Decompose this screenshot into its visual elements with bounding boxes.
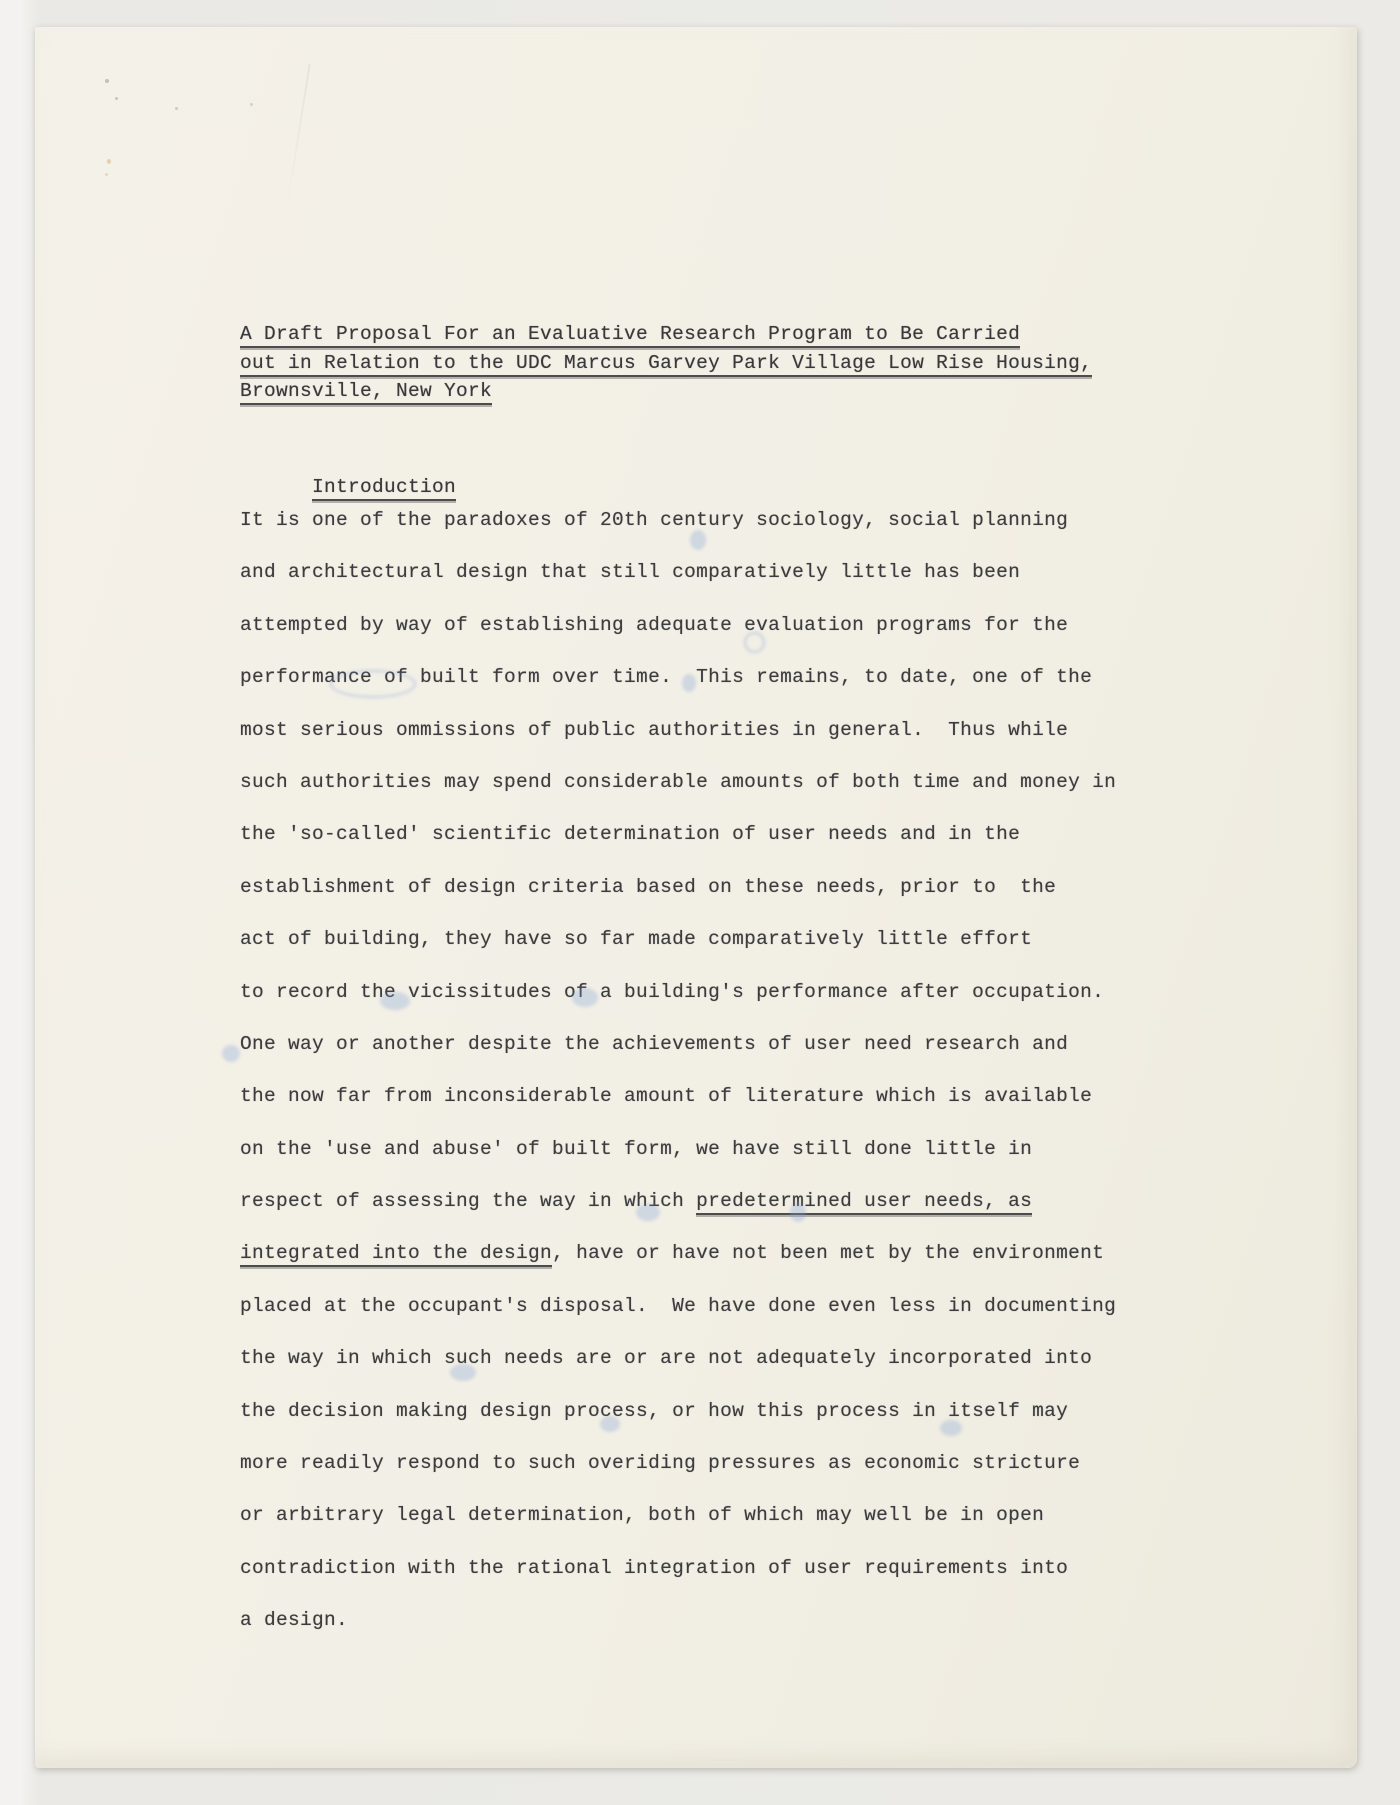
body-line: attempted by way of establishing adequat… [240,599,1240,651]
title-line: out in Relation to the UDC Marcus Garvey… [240,349,1092,378]
body-line: and architectural design that still comp… [240,546,1240,598]
body-line: a design. [240,1594,1240,1646]
paper-sheet: A Draft Proposal For an Evaluative Resea… [35,27,1357,1768]
paper-speck [105,173,108,176]
body-line: more readily respond to such overiding p… [240,1437,1240,1489]
body-line: or arbitrary legal determination, both o… [240,1489,1240,1541]
body-line: to record the vicissitudes of a building… [240,966,1240,1018]
body-line: One way or another despite the achieveme… [240,1018,1240,1070]
paper-speck [250,103,253,106]
document-title: A Draft Proposal For an Evaluative Resea… [240,320,1092,406]
body-line: establishment of design criteria based o… [240,861,1240,913]
body-line: integrated into the design, have or have… [240,1227,1240,1279]
body-line: performance of built form over time. Thi… [240,651,1240,703]
body-line: It is one of the paradoxes of 20th centu… [240,494,1240,546]
body-line: the now far from inconsiderable amount o… [240,1070,1240,1122]
body-line: the way in which such needs are or are n… [240,1332,1240,1384]
body-line: such authorities may spend considerable … [240,756,1240,808]
paper-crease [285,64,310,212]
body-line: act of building, they have so far made c… [240,913,1240,965]
body-line: the 'so-called' scientific determination… [240,808,1240,860]
paragraph-introduction: It is one of the paradoxes of 20th centu… [240,494,1240,1647]
body-line: on the 'use and abuse' of built form, we… [240,1123,1240,1175]
title-line: A Draft Proposal For an Evaluative Resea… [240,320,1092,349]
body-line: placed at the occupant's disposal. We ha… [240,1280,1240,1332]
paper-speck [115,97,118,100]
paper-speck [175,107,178,110]
body-line: contradiction with the rational integrat… [240,1542,1240,1594]
paper-speck [107,159,111,164]
body-line: most serious ommissions of public author… [240,704,1240,756]
scanned-document: A Draft Proposal For an Evaluative Resea… [0,0,1400,1805]
body-line: respect of assessing the way in which pr… [240,1175,1240,1227]
title-line: Brownsville, New York [240,377,1092,406]
body-line: the decision making design process, or h… [240,1385,1240,1437]
paper-speck [105,79,109,83]
